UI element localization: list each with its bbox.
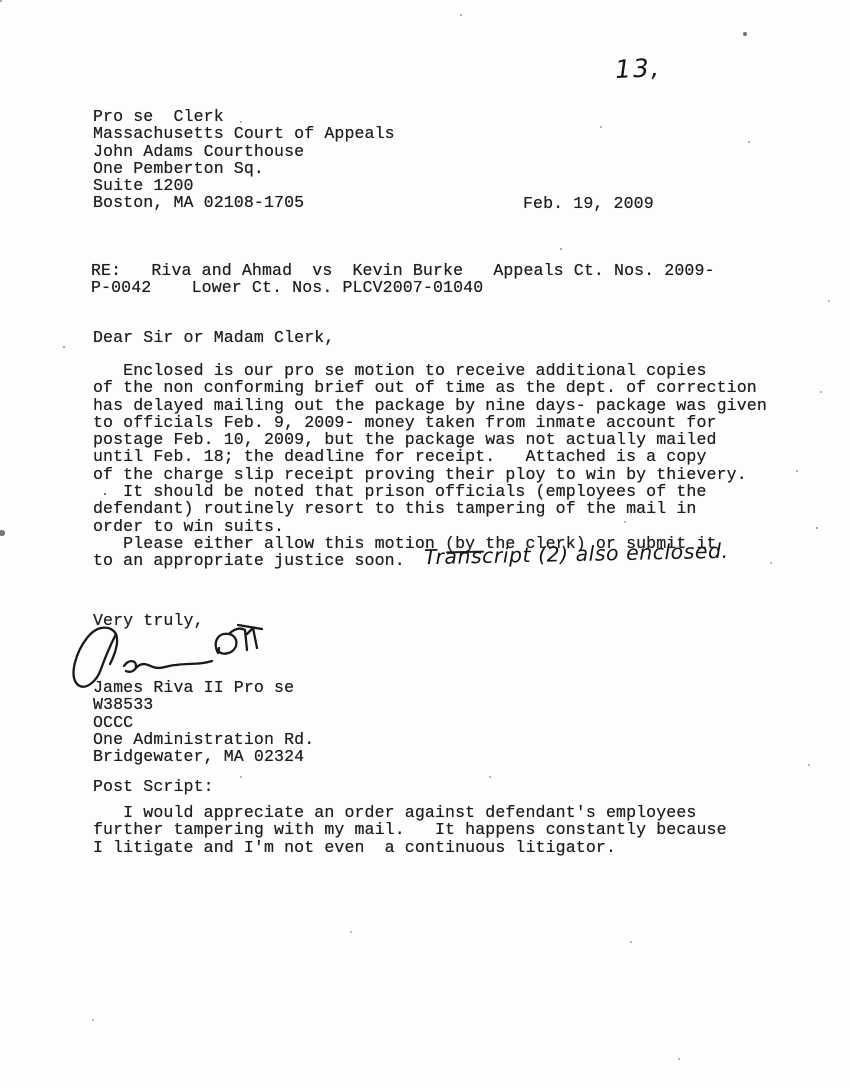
postscript-body: I would appreciate an order against defe…: [93, 804, 727, 856]
handwritten-note: Transcript (2) also enclosed.: [424, 543, 729, 567]
recipient-address: Pro se Clerk Massachusetts Court of Appe…: [93, 108, 395, 212]
scan-speckle-artifacts: [0, 0, 2, 2]
signer-block: James Riva II Pro se W38533 OCCC One Adm…: [93, 679, 314, 765]
letter-date: Feb. 19, 2009: [523, 195, 654, 212]
re-subject-line: RE: Riva and Ahmad vs Kevin Burke Appeal…: [91, 262, 715, 297]
postscript-label: Post Script:: [93, 778, 214, 795]
handwritten-page-number: 13,: [615, 59, 662, 79]
body-paragraph-1: Enclosed is our pro se motion to receive…: [93, 362, 767, 483]
scanned-letter-page: 13, Pro se Clerk Massachusetts Court of …: [0, 0, 850, 1088]
salutation: Dear Sir or Madam Clerk,: [93, 329, 334, 346]
body-paragraph-2: It should be noted that prison officials…: [93, 483, 707, 535]
